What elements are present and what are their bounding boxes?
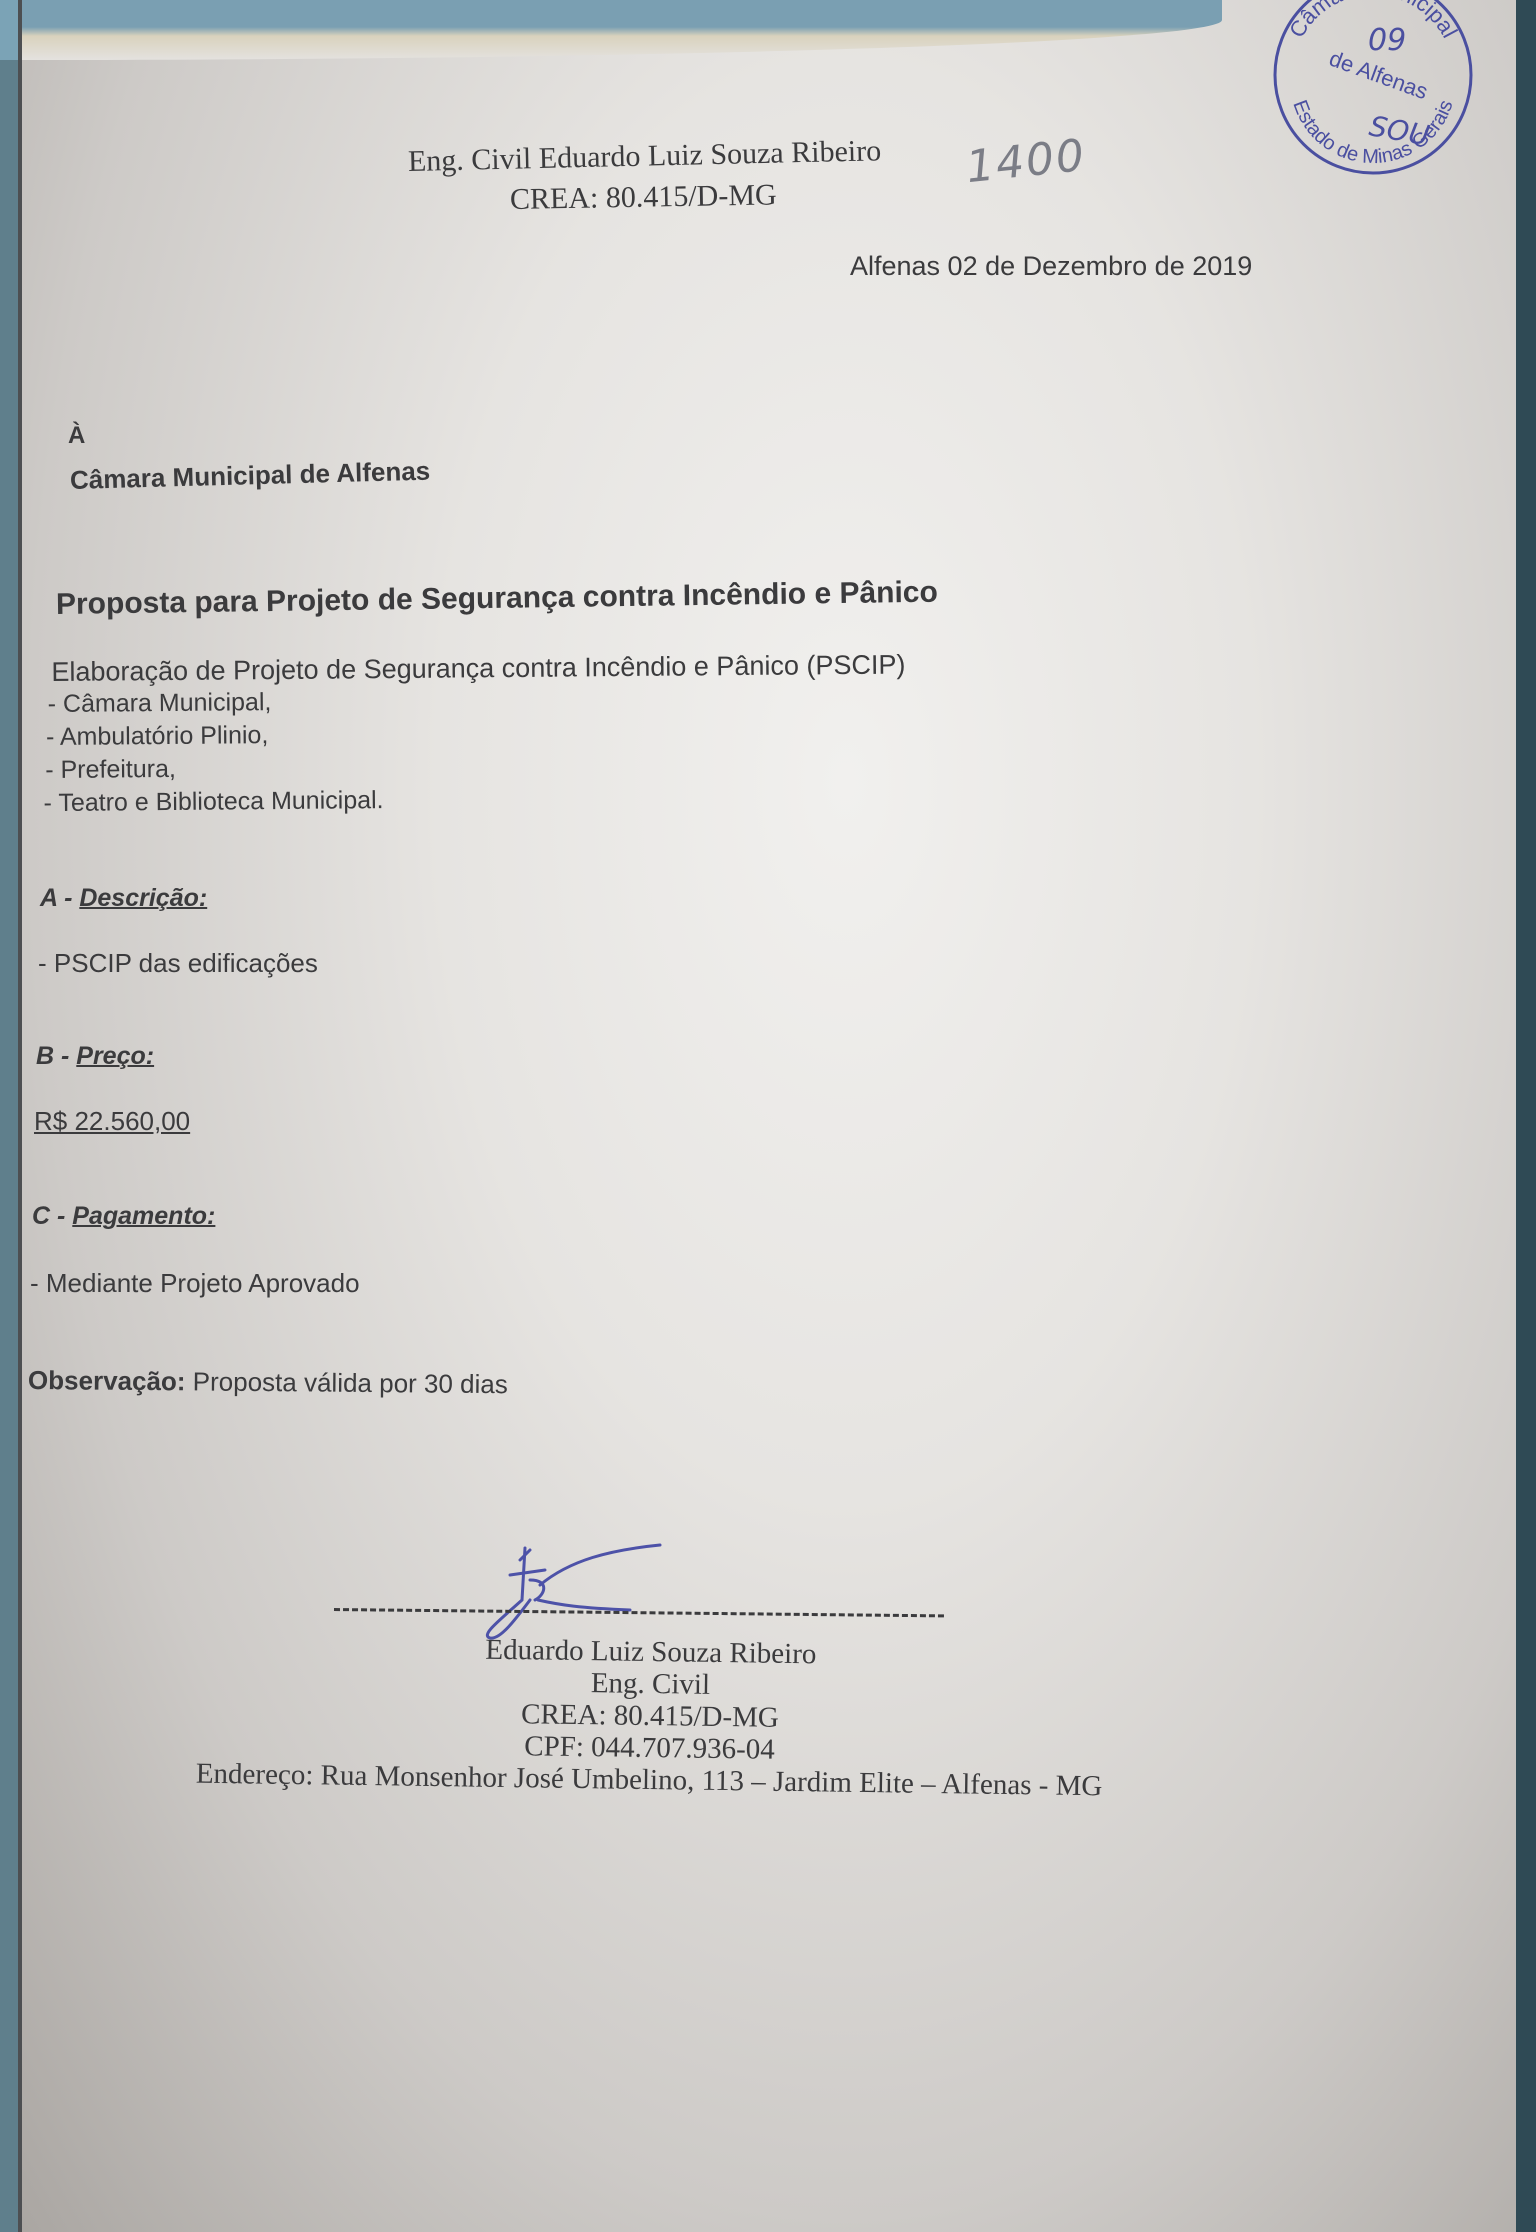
- background-right-edge: [1516, 0, 1536, 2232]
- addressee-prefix: À: [68, 422, 85, 450]
- observation-text: Proposta válida por 30 dias: [185, 1366, 508, 1399]
- document-date: Alfenas 02 de Dezembro de 2019: [850, 251, 1252, 282]
- section-b-letter: B -: [36, 1042, 76, 1070]
- intro-text: Elaboração de Projeto de Segurança contr…: [51, 650, 905, 688]
- municipal-stamp-icon: Câmara Municipal de Alfenas Estado de Mi…: [1268, 0, 1478, 180]
- observation-label: Observação:: [28, 1365, 186, 1396]
- section-b-label: Preço:: [76, 1042, 154, 1070]
- document-page: [18, 0, 1520, 2232]
- list-item: - Ambulatório Plinio,: [46, 716, 906, 753]
- observation: Observação: Proposta válida por 30 dias: [28, 1365, 508, 1400]
- section-a-label: Descrição:: [79, 884, 207, 912]
- section-c-letter: C -: [32, 1202, 72, 1230]
- section-a-letter: A -: [40, 884, 79, 912]
- intro-block: Elaboração de Projeto de Segurança contr…: [51, 650, 906, 818]
- section-b-heading: B - Preço:: [36, 1042, 154, 1071]
- section-c-heading: C - Pagamento:: [32, 1202, 215, 1231]
- handwritten-signature-icon: [470, 1540, 670, 1640]
- section-a-heading: A - Descrição:: [40, 884, 207, 913]
- section-c-content: - Mediante Projeto Aprovado: [30, 1268, 360, 1299]
- header-crea: CREA: 80.415/D-MG: [510, 178, 777, 217]
- list-item: - Prefeitura,: [45, 749, 906, 786]
- list-item: - Câmara Municipal,: [48, 683, 906, 719]
- section-c-label: Pagamento:: [72, 1202, 215, 1230]
- section-b-price: R$ 22.560,00: [34, 1106, 190, 1137]
- section-a-content: - PSCIP das edificações: [38, 948, 318, 979]
- stamp-handwritten-initials: SOU: [1367, 109, 1432, 152]
- signature-block: Eduardo Luiz Souza Ribeiro Eng. Civil CR…: [149, 1629, 1151, 1803]
- stamp-handwritten-number: 09: [1368, 23, 1406, 58]
